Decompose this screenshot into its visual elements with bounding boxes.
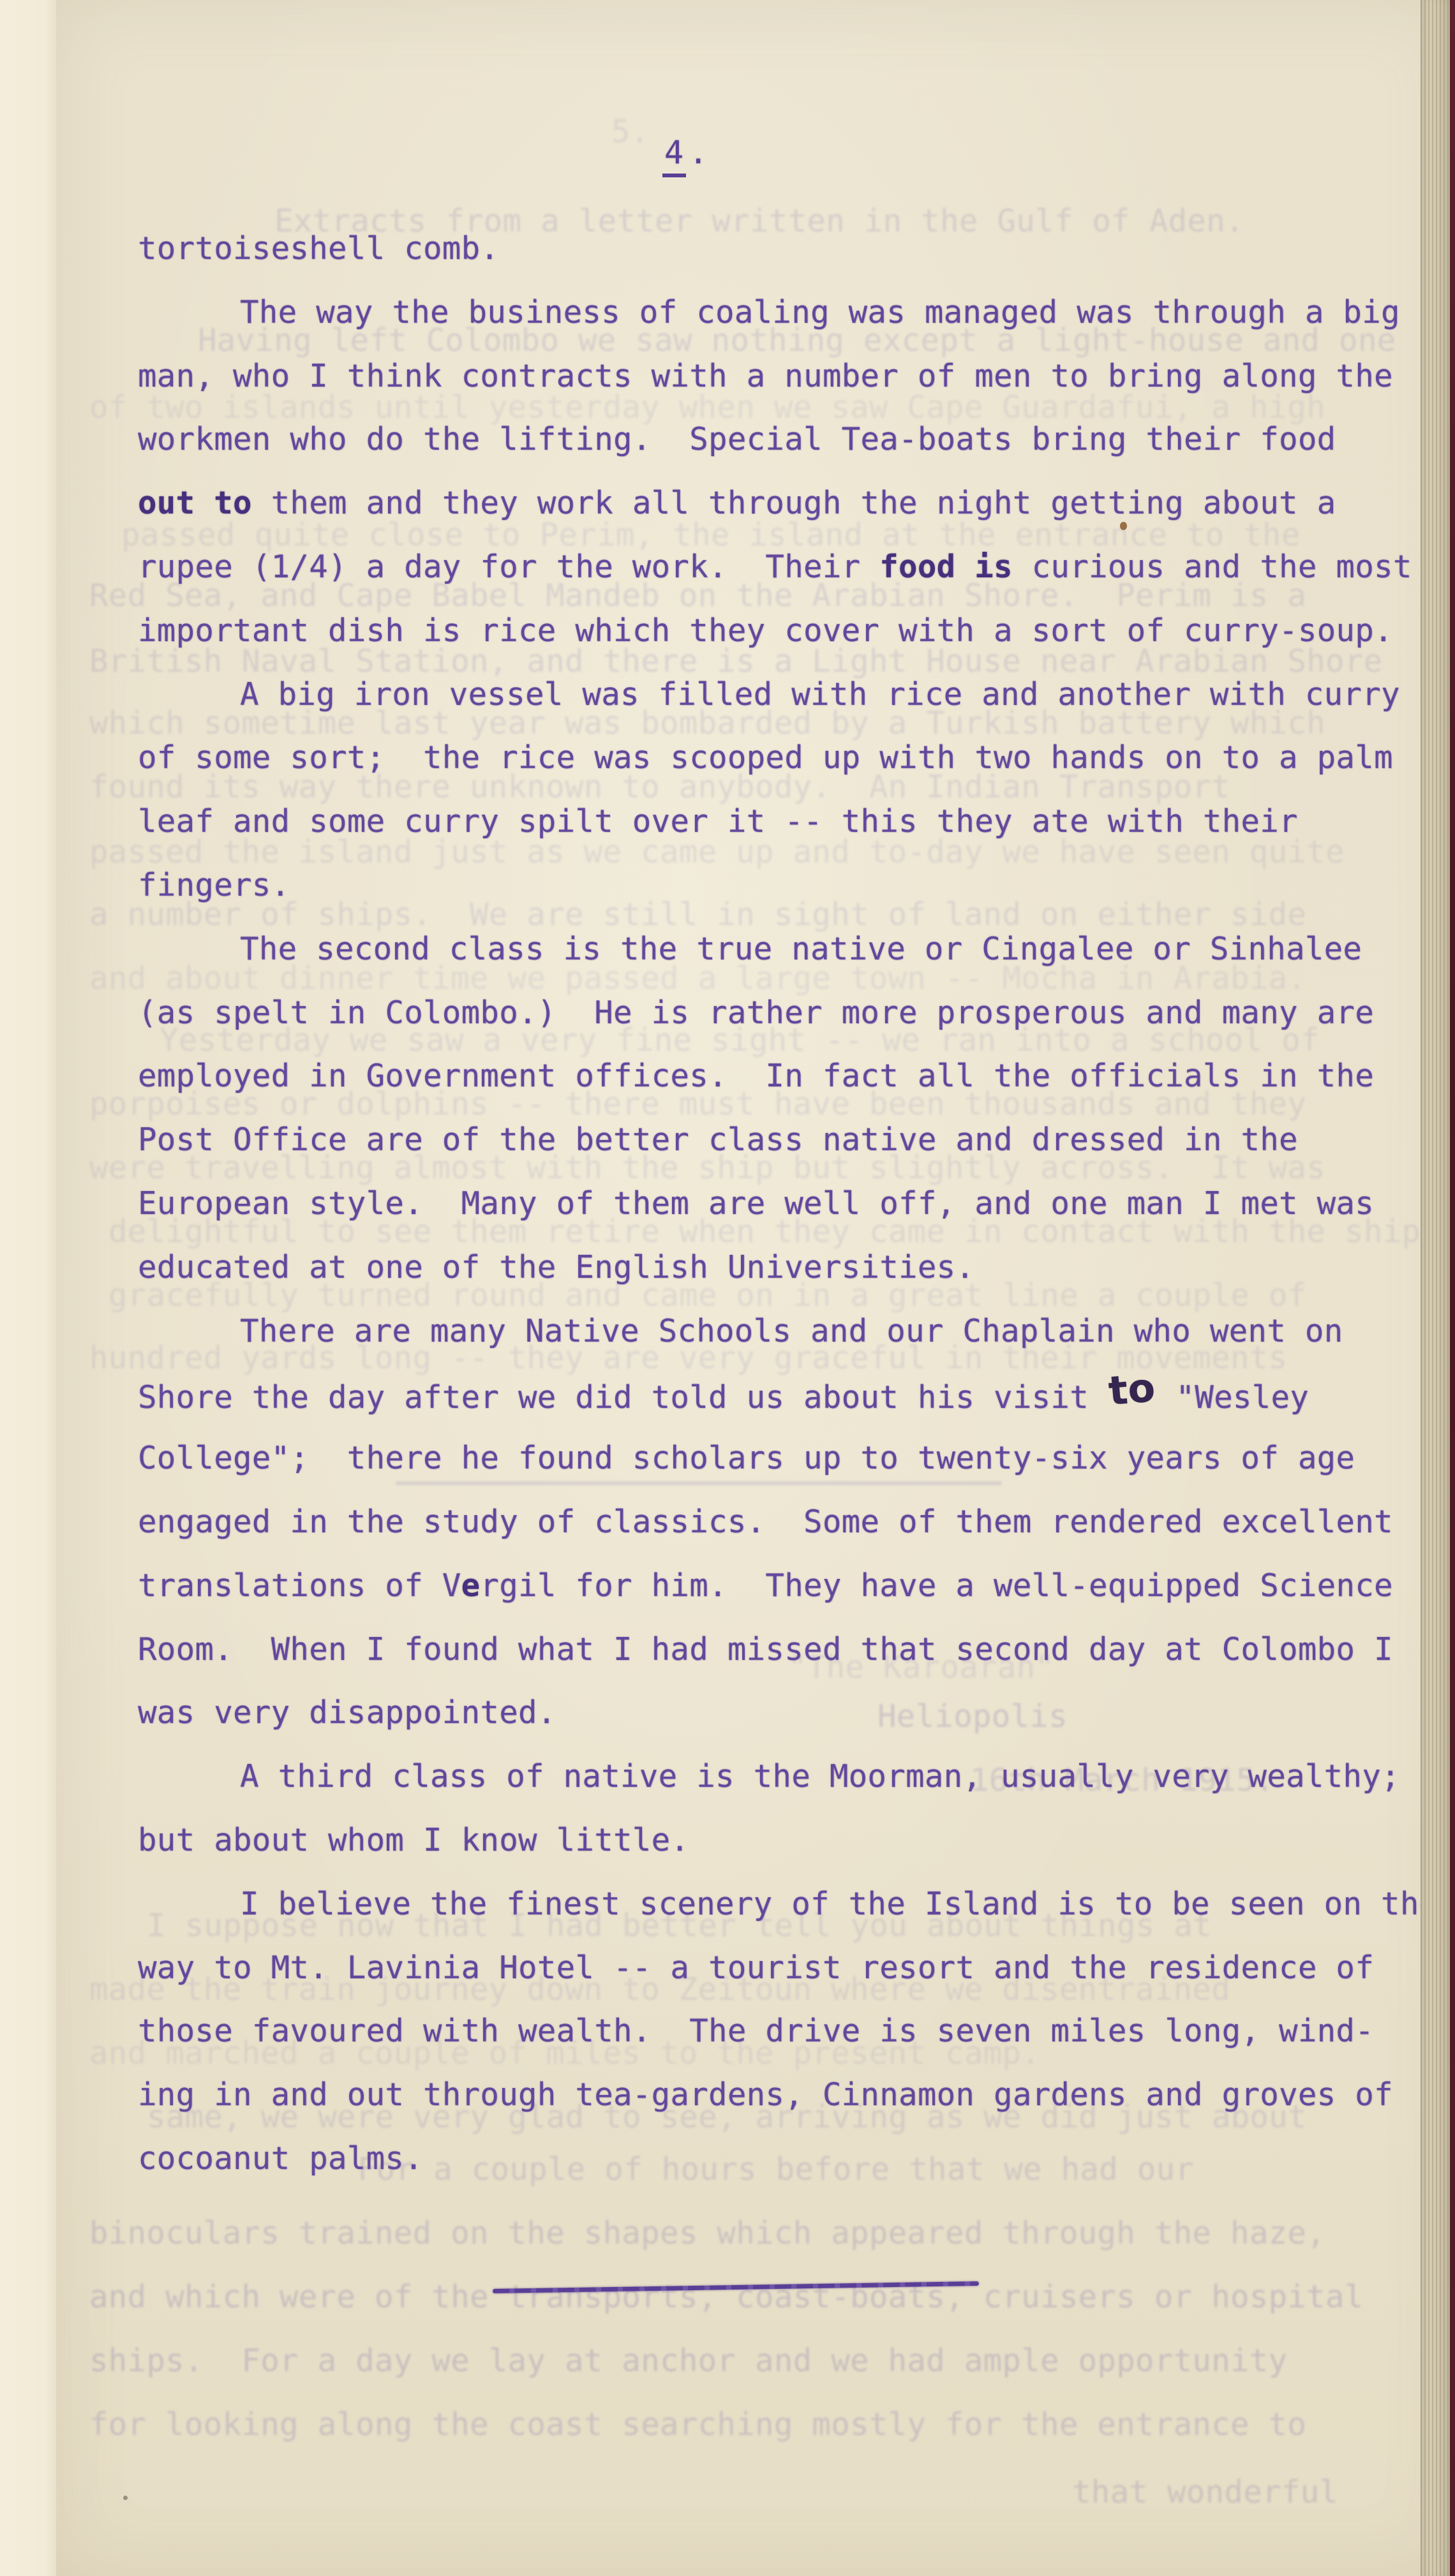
ghost-text: binoculars trained on the shapes which a…	[89, 2215, 1325, 2251]
typed-line: way to Mt. Lavinia Hotel -- a tourist re…	[138, 1936, 1452, 2000]
page-edge-stack	[1421, 0, 1450, 2576]
typed-text: "Wesley	[1157, 1379, 1309, 1416]
typed-line: leaf and some curry spilt over it -- thi…	[138, 790, 1452, 854]
overstruck-text: e	[461, 1567, 481, 1604]
typed-line: employed in Government offices. In fact …	[138, 1044, 1452, 1108]
typed-line: of some sort; the rice was scooped up wi…	[138, 726, 1452, 790]
typed-line: ing in and out through tea-gardens, Cinn…	[138, 2063, 1452, 2127]
ghost-text: and which were of the transports, coast-…	[89, 2279, 1364, 2315]
typed-line: The second class is the true native or C…	[138, 917, 1452, 981]
typed-line: Room. When I found what I had missed tha…	[138, 1618, 1452, 1682]
typed-lines: tortoiseshell comb.The way the business …	[138, 217, 1452, 2191]
typed-line: translations of Vergil for him. They hav…	[138, 1554, 1452, 1618]
typed-line: Post Office are of the better class nati…	[138, 1108, 1452, 1172]
typed-text: Shore the day after we did told us about…	[138, 1379, 1108, 1416]
typed-line: European style. Many of them are well of…	[138, 1172, 1452, 1236]
typed-line: A big iron vessel was filled with rice a…	[138, 663, 1452, 727]
typed-line: A third class of native is the Moorman, …	[138, 1745, 1452, 1809]
typed-line: (as spelt in Colombo.) He is rather more…	[138, 981, 1452, 1045]
typed-text: rgil for him. They have a well-equipped …	[480, 1567, 1392, 1604]
typed-line: was very disappointed.	[138, 1681, 1452, 1745]
typed-line: Shore the day after we did told us about…	[138, 1363, 1452, 1426]
scanned-page: 5.Extracts from a letter written in the …	[0, 0, 1455, 2576]
paper-speck	[1120, 522, 1127, 530]
paper-page: 5.Extracts from a letter written in the …	[56, 0, 1455, 2576]
typed-text: rupee (1/4) a day for the work. Their	[138, 549, 879, 585]
typed-line: There are many Native Schools and our Ch…	[138, 1299, 1452, 1363]
typed-text: them and they work all through the night…	[252, 485, 1336, 521]
typed-line: The way the business of coaling was mana…	[138, 281, 1452, 344]
ghost-text: 5.	[611, 114, 650, 150]
handwritten-correction: to	[1106, 1356, 1158, 1423]
typed-line: educated at one of the English Universit…	[138, 1236, 1452, 1299]
page-number-period: .	[689, 134, 708, 171]
typed-line: those favoured with wealth. The drive is…	[138, 1999, 1452, 2063]
typed-line: I believe the finest scenery of the Isla…	[138, 1872, 1452, 1936]
typed-line: man, who I think contracts with a number…	[138, 344, 1452, 408]
typed-line: important dish is rice which they cover …	[138, 599, 1452, 663]
ghost-text: that wonderful	[1072, 2474, 1338, 2510]
ghost-text: ships. For a day we lay at anchor and we…	[89, 2343, 1287, 2379]
scan-margin-strip	[0, 0, 56, 2576]
typed-line: engaged in the study of classics. Some o…	[138, 1490, 1452, 1554]
overstruck-text: out to	[138, 485, 252, 521]
book-spine-edge	[1450, 0, 1455, 2576]
overstruck-text: food is	[879, 549, 1013, 585]
typed-line: fingers.	[138, 854, 1452, 917]
typed-line: cocoanut palms.	[138, 2127, 1452, 2191]
page-number: 4.	[662, 134, 708, 171]
typed-line: but about whom I know little.	[138, 1809, 1452, 1872]
page-number-value: 4	[662, 134, 686, 177]
typed-line: rupee (1/4) a day for the work. Their fo…	[138, 535, 1452, 599]
typed-line: workmen who do the lifting. Special Tea-…	[138, 408, 1452, 471]
ghost-text: for looking along the coast searching mo…	[89, 2406, 1306, 2443]
typed-text: translations of V	[138, 1567, 461, 1604]
typed-line: College"; there he found scholars up to …	[138, 1426, 1452, 1490]
typed-line: out to them and they work all through th…	[138, 471, 1452, 535]
paper-speck	[123, 2496, 128, 2500]
typed-text: curious and the most	[1013, 549, 1412, 585]
typed-line: tortoiseshell comb.	[138, 217, 1452, 281]
